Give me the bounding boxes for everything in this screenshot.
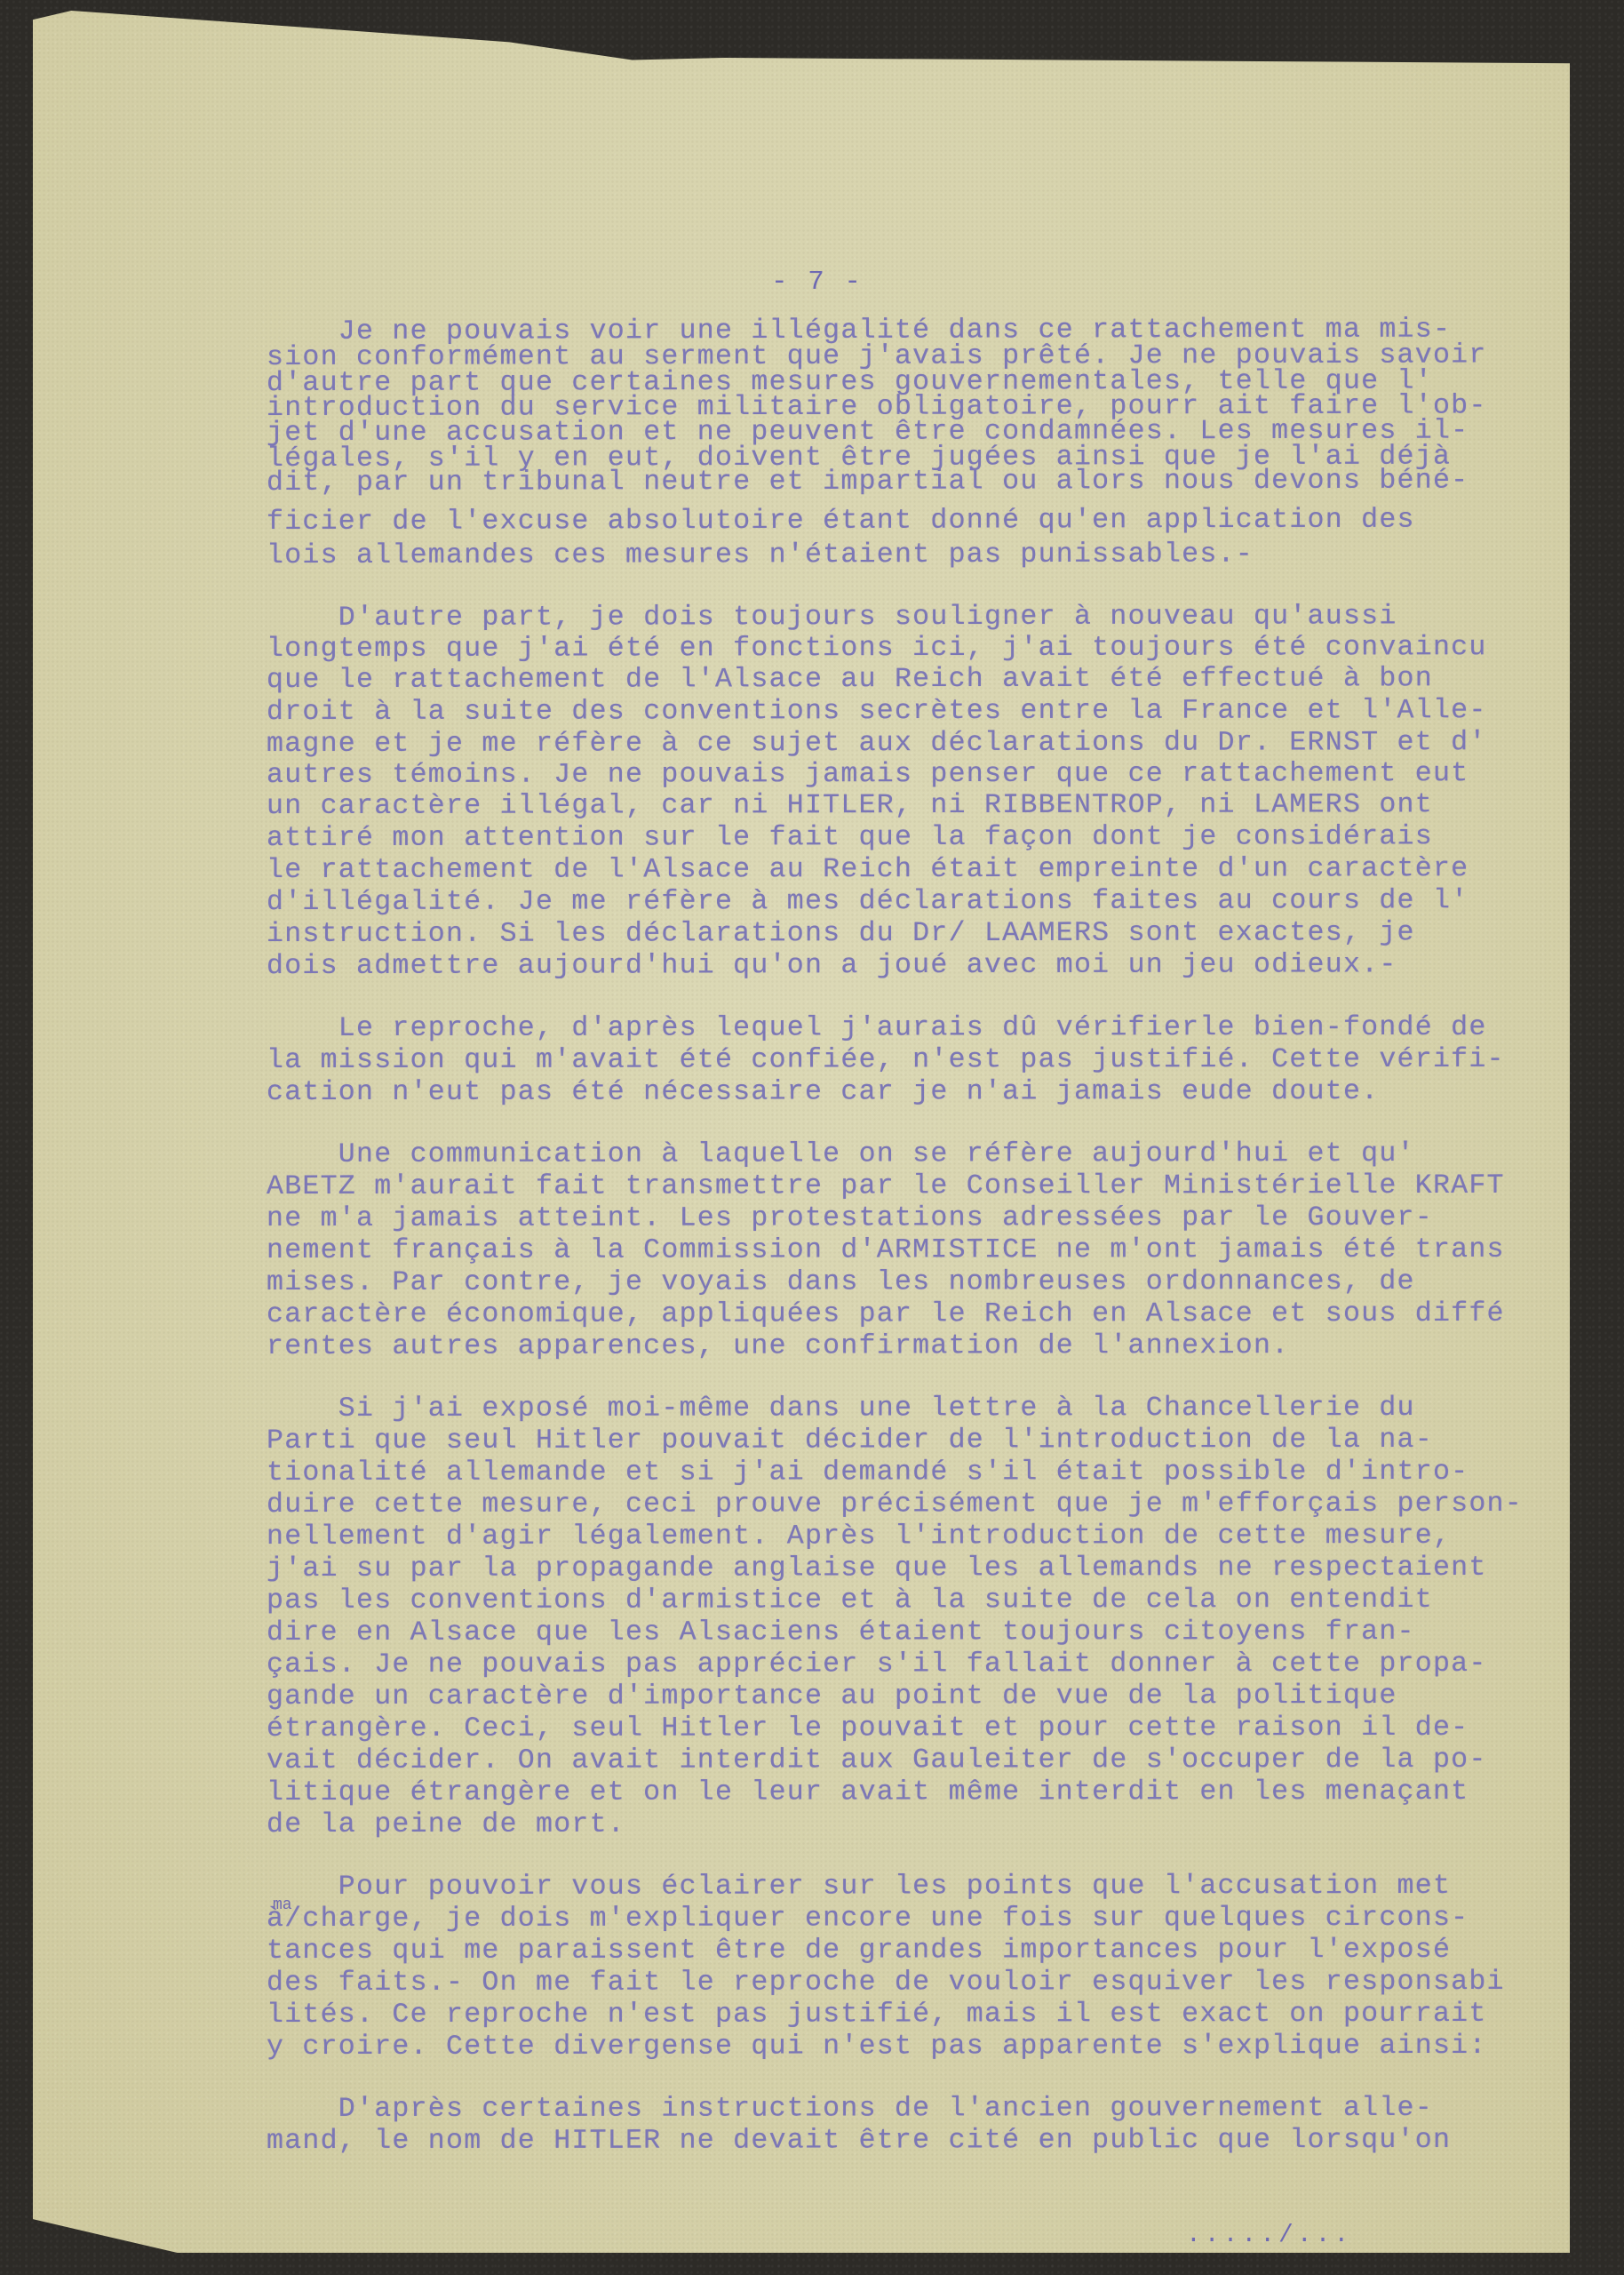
text-line: longtemps que j'ai été en fonctions ici,…: [267, 634, 1487, 663]
text-line: Si j'ai exposé moi-même dans une lettre …: [267, 1394, 1415, 1423]
text-line: cation n'eut pas été nécessaire car je n…: [267, 1078, 1379, 1106]
text-line: autres témoins. Je ne pouvais jamais pen…: [267, 760, 1469, 789]
text-line: attiré mon attention sur le fait que la …: [267, 823, 1433, 852]
text-line: dit, par un tribunal neutre et impartial…: [267, 467, 1469, 497]
text-line: pas les conventions d'armistice et à la …: [267, 1586, 1433, 1615]
text-line: lités. Ce reproche n'est pas justifié, m…: [267, 2000, 1487, 2029]
text-line: nellement d'agir légalement. Après l'int…: [267, 1522, 1451, 1551]
text-line: Une communication à laquelle on se réfèr…: [267, 1140, 1415, 1169]
text-line: j'ai su par la propagande anglaise que l…: [267, 1554, 1487, 1583]
text-line: mand, le nom de HITLER ne devait être ci…: [267, 2127, 1451, 2155]
text-line: duire cette mesure, ceci prouve précisém…: [267, 1490, 1523, 1519]
page-number: - 7 -: [771, 267, 863, 298]
text-line: Parti que seul Hitler pouvait décider de…: [267, 1426, 1433, 1455]
text-line: dire en Alsace que les Alsaciens étaient…: [267, 1618, 1415, 1647]
text-line: y croire. Cette divergense qui n'est pas…: [267, 2032, 1487, 2061]
text-line: D'autre part, je dois toujours souligner…: [267, 603, 1397, 632]
text-line: lois allemandes ces mesures n'étaient pa…: [267, 541, 1254, 570]
text-line: dois admettre aujourd'hui qu'on a joué a…: [267, 951, 1397, 980]
text-line: instruction. Si les déclarations du Dr/ …: [267, 919, 1415, 948]
text-line: à/charge, je dois m'expliquer encore une…: [267, 1904, 1469, 1933]
text-line: nement français à la Commission d'ARMIST…: [267, 1236, 1505, 1265]
text-line: tances qui me paraissent être de grandes…: [267, 1936, 1451, 1965]
text-line: mises. Par contre, je voyais dans les no…: [267, 1268, 1415, 1297]
text-line: gande un caractère d'importance au point…: [267, 1682, 1397, 1711]
text-line: étrangère. Ceci, seul Hitler le pouvait …: [267, 1714, 1469, 1743]
text-line: rentes autres apparences, une confirmati…: [267, 1332, 1289, 1361]
text-line: de la peine de mort.: [267, 1811, 625, 1839]
text-line: droit à la suite des conventions secrète…: [267, 697, 1487, 726]
text-line: Le reproche, d'après lequel j'aurais dû …: [267, 1014, 1487, 1042]
text-line: vait décider. On avait interdit aux Gaul…: [267, 1746, 1487, 1775]
text-line: ficier de l'excuse absolutoire étant don…: [267, 507, 1415, 536]
text-line: tionalité allemande et si j'ai demandé s…: [267, 1458, 1469, 1487]
text-line: la mission qui m'avait été confiée, n'es…: [267, 1046, 1505, 1074]
text-line: d'illégalité. Je me réfère à mes déclara…: [267, 887, 1469, 916]
text-line: des faits.- On me fait le reproche de vo…: [267, 1968, 1505, 1997]
text-line: magne et je me réfère à ce sujet aux déc…: [267, 729, 1487, 758]
text-line: çais. Je ne pouvais pas apprécier s'il f…: [267, 1650, 1487, 1679]
text-line: litique étrangère et on le leur avait mê…: [267, 1778, 1469, 1807]
text-line: D'après certaines instructions de l'anci…: [267, 2095, 1433, 2123]
text-line: que le rattachement de l'Alsace au Reich…: [267, 665, 1433, 694]
continuation-mark: ...../...: [1186, 2222, 1352, 2249]
text-line: caractère économique, appliquées par le …: [267, 1300, 1505, 1329]
text-line: ABETZ m'aurait fait transmettre par le C…: [267, 1172, 1505, 1201]
text-line: ne m'a jamais atteint. Les protestations…: [267, 1204, 1433, 1233]
text-line: un caractère illégal, car ni HITLER, ni …: [267, 791, 1433, 820]
text-line: Pour pouvoir vous éclairer sur les point…: [267, 1872, 1451, 1901]
margin-annotation: ma: [273, 1896, 292, 1914]
text-line: le rattachement de l'Alsace au Reich éta…: [267, 855, 1469, 884]
